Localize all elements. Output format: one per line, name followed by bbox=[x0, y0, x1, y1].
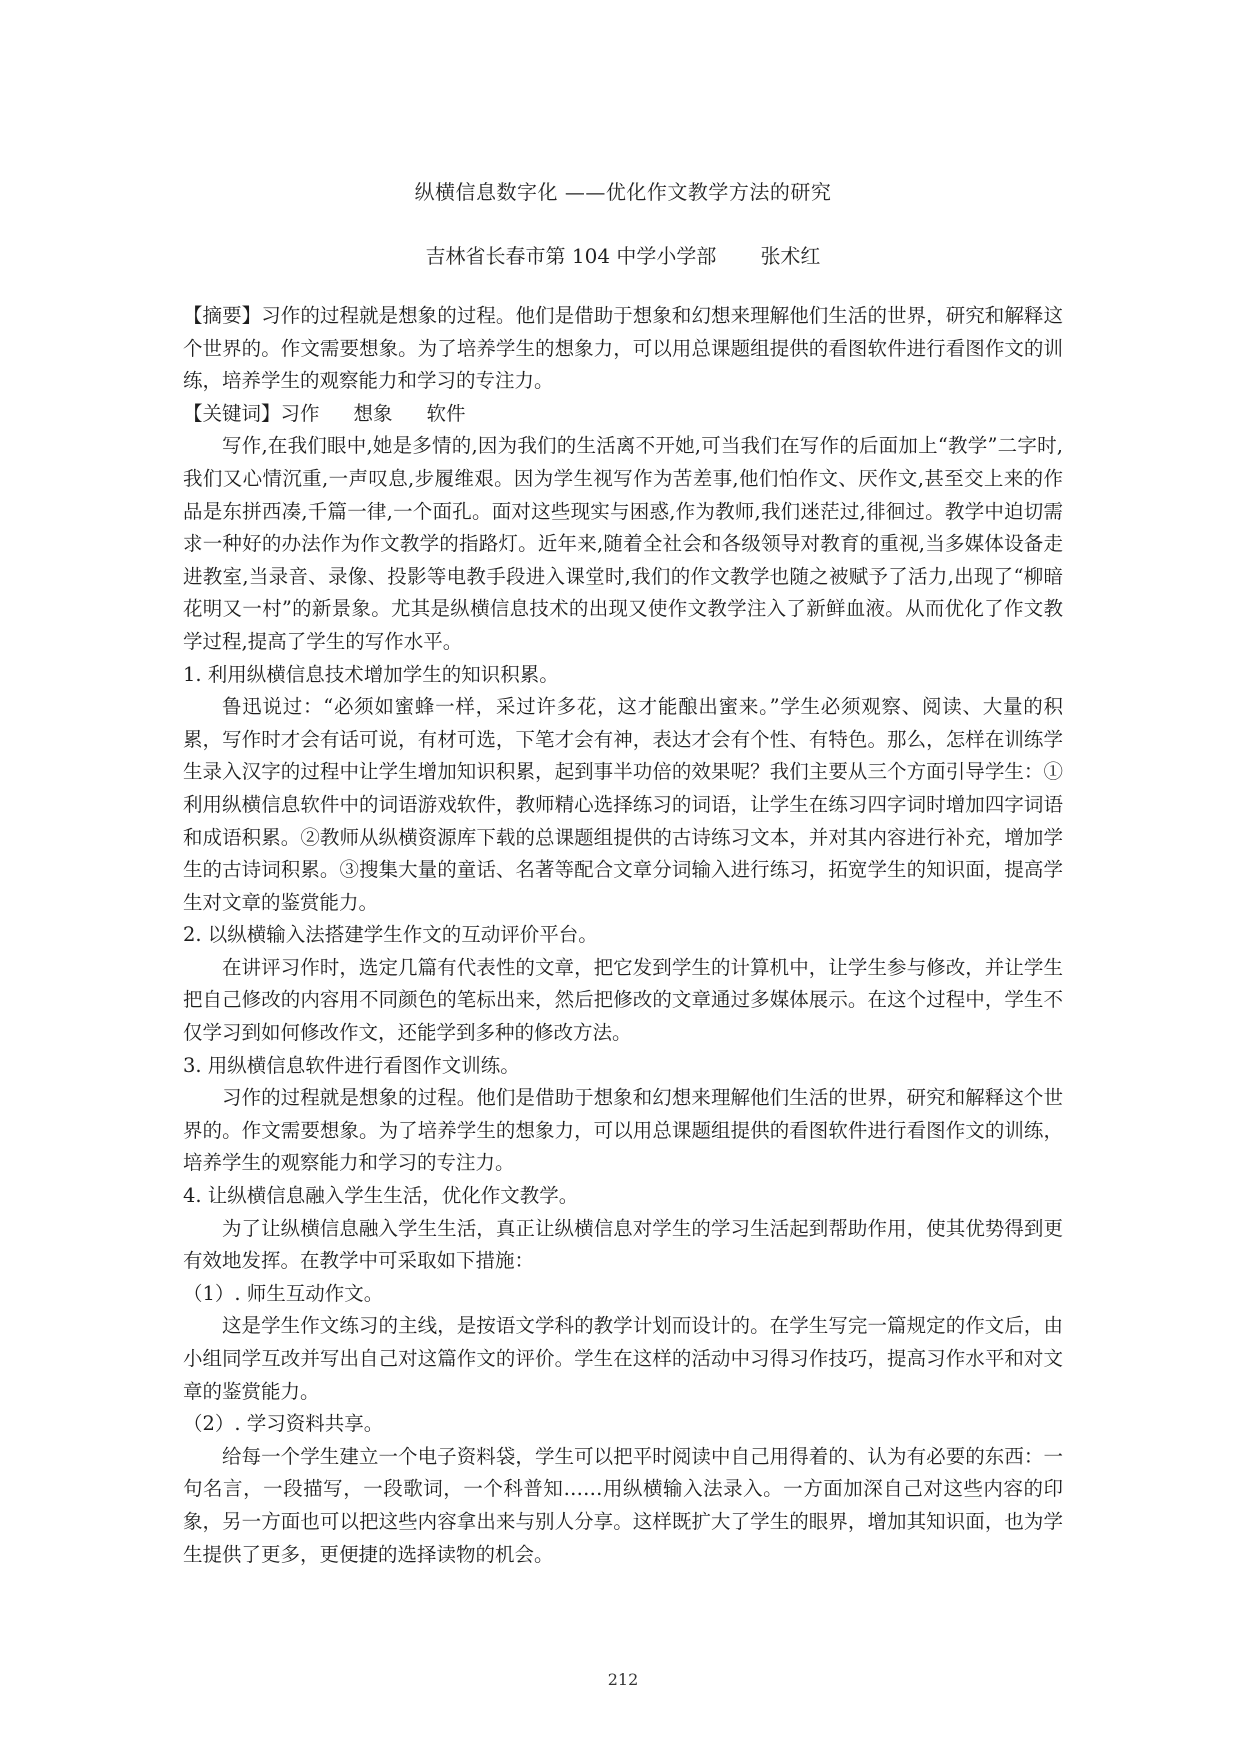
section-heading-4: 4. 让纵横信息融入学生生活，优化作文教学。 bbox=[183, 1180, 1063, 1213]
abstract-label: 【摘要】 bbox=[183, 304, 261, 327]
section-paragraph: 鲁迅说过：“必须如蜜蜂一样，采过许多花，这才能酿出蜜来。”学生必须观察、阅读、大… bbox=[183, 691, 1063, 919]
keyword-item: 软件 bbox=[427, 402, 466, 425]
section-heading-3: 3. 用纵横信息软件进行看图作文训练。 bbox=[183, 1050, 1063, 1083]
page-number: 212 bbox=[0, 1670, 1246, 1689]
keyword-item: 习作 bbox=[281, 402, 320, 425]
document-page: 纵横信息数字化 ——优化作文教学方法的研究 吉林省长春市第 104 中学小学部张… bbox=[0, 0, 1246, 1763]
document-body: 【摘要】习作的过程就是想象的过程。他们是借助于想象和幻想来理解他们生活的世界，研… bbox=[183, 300, 1063, 1571]
keywords-label: 【关键词】 bbox=[183, 402, 281, 425]
section-heading-2: 2. 以纵横输入法搭建学生作文的互动评价平台。 bbox=[183, 919, 1063, 952]
subsection-paragraph: 给每一个学生建立一个电子资料袋，学生可以把平时阅读中自己用得着的、认为有必要的东… bbox=[183, 1441, 1063, 1571]
abstract: 【摘要】习作的过程就是想象的过程。他们是借助于想象和幻想来理解他们生活的世界，研… bbox=[183, 300, 1063, 398]
subsection-paragraph: 这是学生作文练习的主线，是按语文学科的教学计划而设计的。在学生写完一篇规定的作文… bbox=[183, 1310, 1063, 1408]
keywords: 【关键词】习作想象软件 bbox=[183, 398, 1063, 431]
author-name: 张术红 bbox=[760, 244, 820, 268]
section-paragraph: 为了让纵横信息融入学生生活，真正让纵横信息对学生的学习生活起到帮助作用，使其优势… bbox=[183, 1213, 1063, 1278]
abstract-text: 习作的过程就是想象的过程。他们是借助于想象和幻想来理解他们生活的世界，研究和解释… bbox=[183, 304, 1063, 392]
subsection-heading-1: （1）. 师生互动作文。 bbox=[183, 1278, 1063, 1311]
keyword-item: 想象 bbox=[354, 402, 393, 425]
document-title: 纵横信息数字化 ——优化作文教学方法的研究 bbox=[0, 176, 1246, 205]
subsection-heading-2: （2）. 学习资料共享。 bbox=[183, 1408, 1063, 1441]
author-line: 吉林省长春市第 104 中学小学部张术红 bbox=[0, 240, 1246, 269]
section-paragraph: 习作的过程就是想象的过程。他们是借助于想象和幻想来理解他们生活的世界，研究和解释… bbox=[183, 1082, 1063, 1180]
section-heading-1: 1. 利用纵横信息技术增加学生的知识积累。 bbox=[183, 659, 1063, 692]
section-paragraph: 在讲评习作时，选定几篇有代表性的文章，把它发到学生的计算机中，让学生参与修改，并… bbox=[183, 952, 1063, 1050]
author-affiliation: 吉林省长春市第 104 中学小学部 bbox=[426, 244, 717, 268]
intro-paragraph: 写作,在我们眼中,她是多情的,因为我们的生活离不开她,可当我们在写作的后面加上“… bbox=[183, 430, 1063, 658]
